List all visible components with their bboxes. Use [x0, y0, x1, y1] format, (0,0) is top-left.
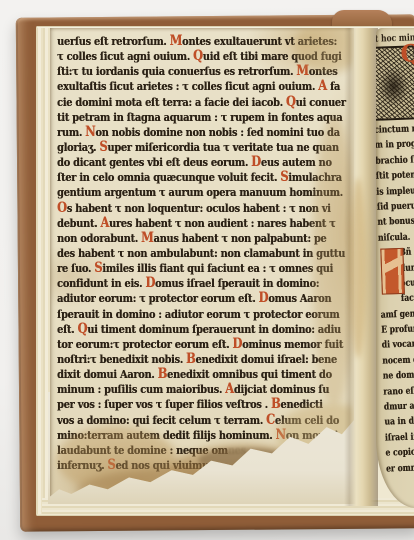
text-segment: cie domini mota eſt terra: a facie dei i… — [57, 95, 286, 109]
facing-text-fragment: ne domine : d — [383, 367, 414, 384]
facing-text-fragment: iſrael in do — [385, 429, 414, 446]
text-segment: rum. — [57, 125, 85, 139]
text-segment: s habent τ non loquentur: oculos habent … — [67, 201, 331, 215]
text-segment: anus habent τ non palpabunt: pe — [154, 231, 327, 245]
text-line: gentium argentum τ aurum opera manuum ho… — [57, 185, 351, 200]
rubric-initial-partial: Q — [400, 41, 414, 66]
rubric-initial: A — [100, 215, 109, 231]
facing-text-fragment: E profun — [381, 321, 414, 338]
text-line: exultaſtis ſicut arietes : τ colles ſicu… — [57, 79, 351, 94]
text-line: des habent τ non ambulabunt: non clamabu… — [57, 246, 351, 261]
text-line: debunt. Aures habent τ non audient : nar… — [57, 216, 351, 231]
facing-text-fragment: cinctum no — [376, 121, 414, 138]
rubric-initial: M — [141, 230, 153, 246]
text-segment: on nobis domine non nobis : ſed nomini t… — [95, 125, 339, 139]
text-segment: per vos : ſuper vos τ ſuper filios veſtr… — [57, 397, 271, 411]
text-segment: ſti:τ tu iordanis quia conuerſus es retr… — [57, 64, 296, 78]
facing-page-content: et hoc min Q cinctum nom in progenibrach… — [376, 28, 414, 508]
rubric-initial: Q — [77, 321, 87, 337]
rubric-initial: B — [186, 351, 195, 367]
text-line: dixit domui Aaron. Benedixit omnibus qui… — [57, 367, 351, 382]
text-line: eſt. Qui timent dominum ſperauerunt in d… — [57, 322, 351, 337]
text-segment: adiutor eorum: τ protector eorum eſt. — [57, 291, 258, 305]
rubric-initial: B — [271, 396, 280, 412]
text-segment: non odorabunt. — [57, 231, 141, 245]
rubric-initial: N — [85, 124, 95, 140]
text-segment: ſter in celo omnia quæcunque voluit feci… — [57, 170, 280, 184]
facing-text-fragment: dmur auiam — [384, 398, 414, 415]
facing-text-fragment: rano eſſe: p — [383, 383, 414, 400]
facing-text-fragment: e copioſa ap — [385, 444, 414, 461]
book-photo: uerſus eſt retrorſum. Montes exultauerun… — [0, 0, 414, 540]
facing-text-fragment: amſ gentium — [380, 306, 414, 323]
text-segment: gentium argentum τ aurum opera manuum ho… — [57, 185, 343, 199]
rubric-initial: D — [251, 154, 261, 170]
facing-text-fragment: nocem depro — [382, 352, 414, 369]
text-segment: noſtri:τ benedixit nobis. — [57, 352, 186, 366]
text-segment: vos a domino: qui fecit celum τ terram. — [57, 413, 266, 427]
facing-page: et hoc min Q cinctum nom in progenibrach… — [376, 28, 414, 508]
text-segment: do dicant gentes vbi eſt deus eorum. — [57, 155, 251, 169]
facing-text-fragment: ſid puerum — [377, 198, 414, 215]
text-line: Os habent τ non loquentur: oculos habent… — [57, 201, 351, 216]
manuscript-leaf: uerſus eſt retrorſum. Montes exultauerun… — [50, 28, 354, 506]
text-segment: ui conuer — [296, 95, 346, 109]
stain — [350, 178, 366, 358]
text-line: confidunt in eis. Domus iſrael ſperauit … — [57, 276, 351, 291]
text-segment: eſt. — [57, 322, 77, 336]
rubric-initial: B — [158, 366, 167, 382]
text-line: tit petram in ſtagna aquarum : τ rupem i… — [57, 110, 351, 125]
text-segment: enedixit omnibus qui timent do — [167, 367, 332, 381]
text-segment: imiles illis fiant qui faciunt ea : τ om… — [102, 261, 333, 275]
rubric-initial: O — [57, 200, 67, 216]
facing-text-fragment: di vocam — [381, 336, 414, 353]
facing-text-fragment: niſcula. — [378, 229, 414, 246]
text-segment: omus iſrael ſperauit in domino: — [155, 276, 319, 290]
text-line: adiutor eorum: τ protector eorum eſt. Do… — [57, 291, 351, 306]
text-line: do dicant gentes vbi eſt deus eorum. Deu… — [57, 155, 351, 170]
text-line: cie domini mota eſt terra: a facie dei i… — [57, 95, 351, 110]
rubric-initial: M — [170, 33, 182, 49]
text-segment: fa — [327, 79, 340, 93]
facing-text-fragment: ſtit potent — [376, 167, 414, 184]
text-segment: ſperauit in domino : adiutor eorum τ pro… — [57, 307, 339, 321]
text-segment: re ſuo. — [57, 261, 94, 275]
rubric-initial: S — [280, 169, 288, 185]
gutter-fold — [344, 28, 378, 506]
rubric-initial: A — [225, 381, 234, 397]
rubric-initial: Q — [193, 48, 203, 64]
text-segment: des habent τ non ambulabunt: non clamabu… — [57, 246, 345, 260]
text-segment: confidunt in eis. — [57, 276, 145, 290]
facing-text-fragment: er omnibʒ — [386, 460, 414, 477]
text-line: re ſuo. Similes illis fiant qui faciunt … — [57, 261, 351, 276]
text-segment: minum : puſilis cum maioribus. — [57, 382, 225, 396]
facing-text-fragment: is impleuit b — [376, 183, 414, 200]
text-segment: ui timent dominum ſperauerunt in domino:… — [87, 322, 341, 336]
text-segment: ures habent τ non audient : nares habent… — [109, 216, 335, 230]
rubric-initial: S — [94, 260, 102, 276]
text-line: ſperauit in domino : adiutor eorum τ pro… — [57, 307, 351, 322]
text-segment: tit petram in ſtagna aquarum : τ rupem i… — [57, 110, 342, 124]
rubric-initial: D — [145, 275, 155, 291]
facing-text-fragment: m in progeni — [376, 137, 414, 154]
facing-text-fragment: nt bonus eſt — [377, 213, 414, 230]
rubric-initial: Q — [286, 94, 296, 110]
text-line: gloriaʒ. Super miſericordia tua τ verita… — [57, 140, 351, 155]
text-line: rum. Non nobis domine non nobis : ſed no… — [57, 125, 351, 140]
text-segment: debunt. — [57, 216, 100, 230]
decorated-initial-block — [380, 248, 405, 295]
text-line: noſtri:τ benedixit nobis. Benedixit domu… — [57, 352, 351, 367]
facing-text-fragment: ua in domino . — [384, 413, 414, 430]
text-line: minum : puſilis cum maioribus. Adijciat … — [57, 382, 351, 397]
rubric-initial: D — [232, 336, 242, 352]
facing-text-fragment: brachio ſuo: — [376, 152, 414, 169]
text-segment: dijciat dominus ſu — [234, 382, 329, 396]
text-line: tor eorum:τ protector eorum eſt. Dominus… — [57, 337, 351, 352]
text-line: ſter in celo omnia quæcunque voluit feci… — [57, 170, 351, 185]
text-segment: tor eorum:τ protector eorum eſt. — [57, 337, 232, 351]
text-segment: gloriaʒ. — [57, 140, 99, 154]
text-segment: uper miſericordia tua τ veritate tua ne … — [107, 140, 338, 154]
text-segment: dixit domui Aaron. — [57, 367, 158, 381]
rubric-initial: C — [266, 412, 275, 428]
text-line: non odorabunt. Manus habent τ non palpab… — [57, 231, 351, 246]
rubric-initial: D — [258, 290, 268, 306]
facing-fragments: cinctum nom in progenibrachio ſuo:ſtit p… — [376, 121, 414, 476]
text-segment: τ colles ſicut agni ouium. — [57, 49, 193, 63]
text-segment: exultaſtis ſicut arietes : τ colles ſicu… — [57, 79, 318, 93]
text-segment: uerſus eſt retrorſum. — [57, 34, 170, 48]
text-segment: enedixit domui iſrael: bene — [196, 352, 337, 366]
